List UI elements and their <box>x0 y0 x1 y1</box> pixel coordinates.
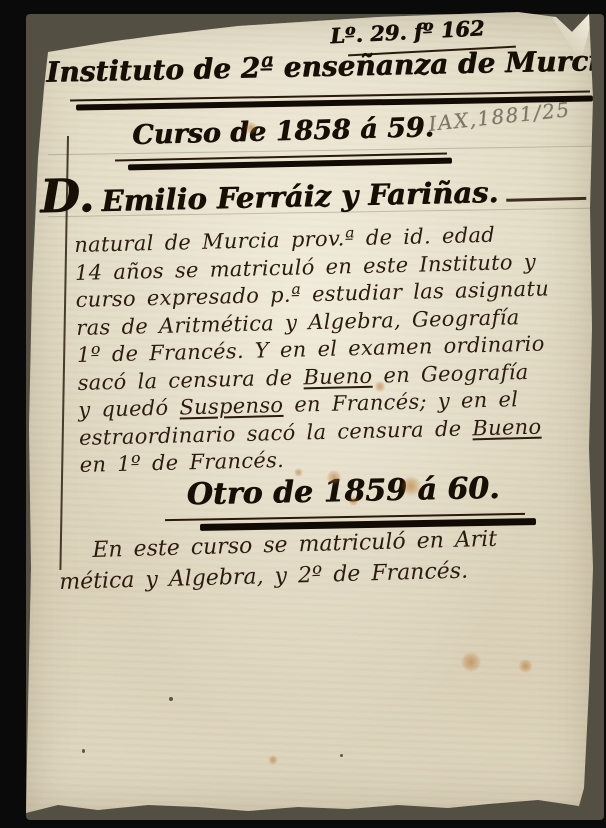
document-page: Lº. 29. fº 162 Instituto de 2ª enseñanza… <box>18 8 600 820</box>
record-paragraph-1859: En este curso se matriculó en Aritmética… <box>58 522 572 598</box>
record-paragraph-1858: natural de Murcia prov.ª de id. edad14 a… <box>74 220 582 480</box>
foxing-stain <box>374 381 386 392</box>
foxing-stain <box>294 468 303 477</box>
foxing-stain <box>400 476 422 496</box>
photo-background: Lº. 29. fº 162 Instituto de 2ª enseñanza… <box>0 0 606 828</box>
ink-speck <box>169 697 173 701</box>
honorific-initial: D. <box>39 169 94 222</box>
foxing-stain <box>268 755 278 765</box>
foxing-stain <box>326 470 342 485</box>
name-flourish <box>506 197 586 202</box>
course-heading-1858: Curso de 1858 á 59. <box>103 111 464 151</box>
foxing-stain <box>348 496 359 506</box>
course-heading-1859: Otro de 1859 á 60. <box>158 470 529 513</box>
foxing-stain <box>460 652 482 672</box>
foxing-stain <box>244 122 258 134</box>
foxing-stain <box>518 659 533 673</box>
student-name-line: D. Emilio Ferráiz y Fariñas. <box>39 158 596 226</box>
ink-speck <box>82 749 85 753</box>
institution-title: Instituto de 2ª enseñanza de Murcia. <box>46 44 597 89</box>
ink-speck <box>340 754 343 757</box>
student-name: Emilio Ferráiz y Fariñas. <box>101 175 499 218</box>
